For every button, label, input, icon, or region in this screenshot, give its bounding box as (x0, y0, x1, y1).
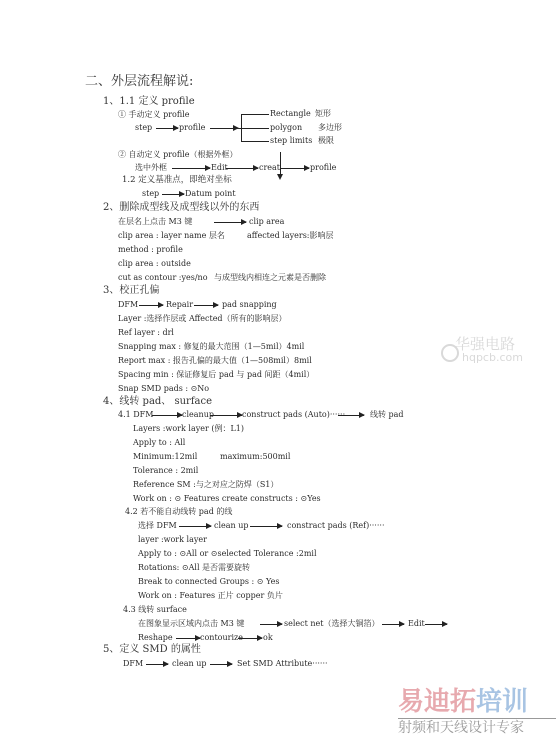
dfm-5-label: DFM (123, 659, 143, 669)
watermark-divider (398, 718, 556, 719)
section-4-2-heading: 4.2 若不能自动线转 pad 的线 (125, 507, 232, 517)
down-arrow-icon (280, 152, 281, 178)
branch-line (241, 141, 269, 142)
reshape-label: Reshape (138, 633, 173, 643)
section-4-heading: 4、线转 pad、 surface (103, 396, 212, 408)
watermark-edatop: 易迪拓培训 射频和天线设计专家 (398, 688, 528, 716)
step-label: step (142, 189, 159, 199)
rotations-line: Rotations: ⊙All 是否需要旋转 (138, 563, 250, 573)
arrow-icon (425, 624, 447, 625)
layer-line: Layer :选择作层或 Affected（所有的影响层） (118, 314, 287, 324)
clip-area-outside-line: clip area : outside (118, 259, 191, 269)
click-m3-label: 在层名上点击 M3 键 (118, 217, 192, 227)
arrow-icon (214, 222, 246, 223)
branch-line (241, 114, 269, 115)
select-dfm-label: 选择 DFM (138, 521, 177, 531)
method-line: method : profile (118, 245, 183, 255)
work-on-features-line: Work on : Features 正片 copper 负片 (138, 591, 283, 601)
spacing-min-line: Spacing min : 保证修复后 pad 与 pad 间距（4mil） (118, 370, 314, 380)
ref-layer-line: Ref layer : drl (118, 328, 174, 338)
branch-line (238, 128, 269, 129)
arrow-icon (210, 415, 242, 416)
manual-profile-label: ① 手动定义 profile (118, 110, 189, 120)
minimum-line: Minimum:12mil (133, 452, 197, 462)
maximum-line: maximum:500mil (220, 452, 290, 462)
section-1-2-heading: 1.2 定义基准点，即绝对坐标 (122, 175, 232, 186)
ok-label: ok (263, 633, 273, 643)
option-step-limits-cn: 极限 (318, 136, 334, 146)
click-m3-display-label: 在图象显示区域内点击 M3 键 (138, 619, 244, 629)
layer-work-line: layer :work layer (138, 535, 207, 545)
layers-line: Layers :work layer (例：L1) (133, 424, 244, 434)
clean-up-5-label: clean up (172, 659, 207, 669)
watermark-brand-a: 易迪拓 (398, 687, 476, 717)
datum-point-label: Datum point (185, 189, 236, 199)
arrow-icon (179, 526, 211, 527)
option-polygon-cn: 多边形 (318, 123, 342, 133)
select-net-label: select net（选择大铜箔） (284, 619, 379, 629)
line-to-pad-label: 线转 pad (370, 410, 404, 420)
arrow-icon (146, 664, 168, 665)
arrow-icon (260, 624, 282, 625)
arrow-icon (281, 168, 309, 169)
arrow-icon (238, 638, 262, 639)
arrow-icon (172, 168, 210, 169)
arrow-icon (250, 526, 282, 527)
work-on-line: Work on : ⊙ Features create constructs :… (133, 494, 321, 504)
arrow-icon (210, 128, 238, 129)
watermark-brand-b: 培训 (476, 687, 528, 717)
arrow-icon (210, 664, 232, 665)
apply-to-selected-line: Apply to : ⊙All or ⊙selected Tolerance :… (138, 549, 317, 559)
arrow-icon (226, 168, 258, 169)
apply-to-line: Apply to : All (133, 438, 185, 448)
set-smd-attribute-label: Set SMD Attribute······ (237, 659, 328, 669)
option-rectangle-cn: 矩形 (315, 109, 331, 119)
select-frame-label: 选中外框 (135, 163, 167, 173)
section-3-heading: 3、校正孔偏 (103, 285, 159, 297)
creat-label: creat (259, 163, 280, 173)
watermark-hqpcb: 华强电路 hqpcb.com (455, 336, 523, 364)
profile-result-label: profile (310, 163, 336, 173)
option-polygon: polygon (270, 123, 302, 133)
arrow-icon (162, 194, 184, 195)
watermark-hqpcb-cn: 华强电路 (455, 336, 523, 352)
contourize-label: contourize (200, 633, 243, 643)
section-4-3-heading: 4.3 线转 surface (123, 605, 187, 615)
clip-area-label: clip area (249, 217, 284, 227)
section-5-heading: 5、定义 SMD 的属性 (103, 644, 201, 656)
arrow-icon (139, 305, 163, 306)
construct-pads-label: construct pads (Auto)······ (242, 410, 345, 420)
snap-smd-line: Snap SMD pads : ⊙No (118, 384, 209, 394)
tolerance-line: Tolerance : 2mil (133, 466, 198, 476)
pad-snapping-label: pad snapping (222, 300, 277, 310)
dfm-label: DFM (118, 300, 138, 310)
constract-pads-label: constract pads (Ref)······ (287, 521, 384, 531)
arrow-icon (382, 624, 404, 625)
affected-layers-line: affected layers:影响层 (247, 231, 334, 241)
dfm-4-1-label: 4.1 DFM (118, 410, 153, 420)
report-max-line: Report max : 报告孔偏的最大值（1—508mil）8mil (118, 356, 312, 366)
step-label: step (135, 123, 152, 133)
section-1-heading: 1、1.1 定义 profile (103, 96, 195, 108)
arrow-icon (338, 415, 364, 416)
watermark-hqpcb-en: hqpcb.com (462, 352, 523, 364)
reference-sm-line: Reference SM :与之对应之防焊（S1） (133, 480, 278, 490)
section-2-heading: 2、删除成型线及成型线以外的东西 (103, 202, 259, 214)
cut-as-contour-line: cut as contour :yes/no (118, 273, 208, 283)
arrow-icon (156, 128, 178, 129)
page-title: 二、外层流程解说: (85, 74, 193, 90)
clean-up-label: clean up (214, 521, 249, 531)
watermark-brand: 易迪拓培训 (398, 688, 528, 716)
break-groups-line: Break to connected Groups : ⊙ Yes (138, 577, 279, 587)
arrow-icon (176, 638, 200, 639)
arrow-icon (152, 415, 182, 416)
auto-profile-label: ② 自动定义 profile（根据外框） (118, 150, 237, 160)
edit-label: Edit (408, 619, 425, 629)
contour-note: 与成型线内相连之元素是否删除 (214, 273, 326, 283)
profile-label: profile (179, 123, 205, 133)
option-step-limits: step limits (270, 136, 312, 146)
watermark-tagline: 射频和天线设计专家 (398, 720, 524, 736)
option-rectangle: Rectangle (270, 109, 311, 119)
repair-label: Repair (166, 300, 193, 310)
snapping-max-line: Snapping max : 修复的最大范围（1—5mil）4mil (118, 342, 304, 352)
clip-area-layer-line: clip area : layer name 层名 (118, 231, 225, 241)
arrow-icon (194, 305, 218, 306)
